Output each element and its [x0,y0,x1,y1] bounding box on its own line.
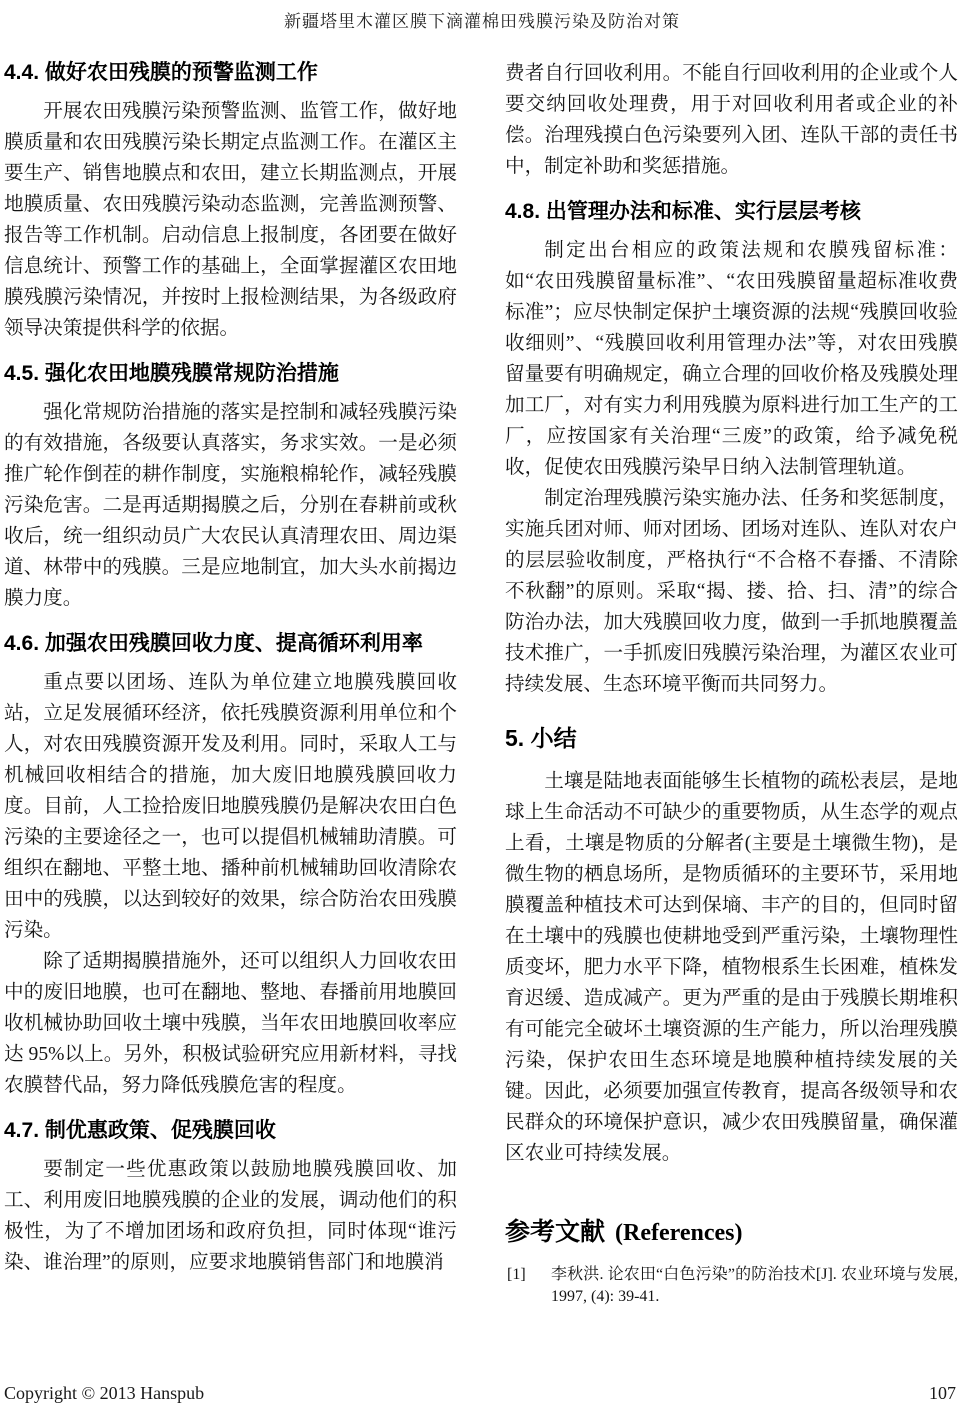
section-heading-5: 5. 小结 [505,722,958,754]
reference-text: 李秋洪. 论农田“白色污染”的防治技术[J]. 农业环境与发展, 1997, (… [551,1266,958,1305]
reference-item: [1] 李秋洪. 论农田“白色污染”的防治技术[J]. 农业环境与发展, 199… [505,1264,958,1308]
section-heading-4-4: 4.4. 做好农田残膜的预警监测工作 [4,58,457,87]
section-heading-4-5: 4.5. 强化农田地膜残膜常规防治措施 [4,359,457,388]
references-heading: 参考文献(References) [505,1215,958,1250]
paragraph-4-7: 要制定一些优惠政策以鼓励地膜残膜回收、加工、利用废旧地膜残膜的企业的发展，调动他… [4,1154,457,1278]
references-heading-en: (References) [615,1220,742,1246]
section-heading-4-7: 4.7. 制优惠政策、促残膜回收 [4,1116,457,1145]
left-column: 4.4. 做好农田残膜的预警监测工作 开展农田残膜污染预警监测、监管工作，做好地… [4,58,457,1308]
paragraph-4-6-b: 除了适期揭膜措施外，还可以组织人力回收农田中的废旧地膜，也可在翻地、整地、春播前… [4,946,457,1101]
section-heading-4-8: 4.8. 出管理办法和标准、实行层层考核 [505,197,958,226]
two-column-layout: 4.4. 做好农田残膜的预警监测工作 开展农田残膜污染预警监测、监管工作，做好地… [0,32,964,1308]
references-heading-zh: 参考文献 [505,1218,605,1246]
footer-page-number: 107 [929,1383,956,1404]
paragraph-5: 土壤是陆地表面能够生长植物的疏松表层，是地球上生命活动不可缺少的重要物质，从生态… [505,766,958,1169]
paragraph-4-5: 强化常规防治措施的落实是控制和减轻残膜污染的有效措施，各级要认真落实，务求实效。… [4,397,457,614]
paper-page: 新疆塔里木灌区膜下滴灌棉田残膜污染及防治对策 4.4. 做好农田残膜的预警监测工… [0,0,964,1414]
reference-label: [1] [507,1264,526,1286]
footer-copyright: Copyright © 2013 Hanspub [4,1383,204,1404]
paragraph-4-7-continued: 费者自行回收利用。不能自行回收利用的企业或个人要交纳回收处理费，用于对回收利用者… [505,58,958,182]
paragraph-4-8-a: 制定出台相应的政策法规和农膜残留标准：如“农田残膜留量标准”、“农田残膜留量超标… [505,235,958,483]
section-heading-4-6: 4.6. 加强农田残膜回收力度、提高循环利用率 [4,629,457,658]
paragraph-4-6-a: 重点要以团场、连队为单位建立地膜残膜回收站，立足发展循环经济，依托残膜资源利用单… [4,667,457,946]
paragraph-4-4: 开展农田残膜污染预警监测、监管工作，做好地膜质量和农田残膜污染长期定点监测工作。… [4,96,457,344]
right-column: 费者自行回收利用。不能自行回收利用的企业或个人要交纳回收处理费，用于对回收利用者… [505,58,958,1308]
running-head-title: 新疆塔里木灌区膜下滴灌棉田残膜污染及防治对策 [0,0,964,32]
paragraph-4-8-b: 制定治理残膜污染实施办法、任务和奖惩制度，实施兵团对师、师对团场、团场对连队、连… [505,483,958,700]
page-footer: Copyright © 2013 Hanspub 107 [4,1383,956,1404]
